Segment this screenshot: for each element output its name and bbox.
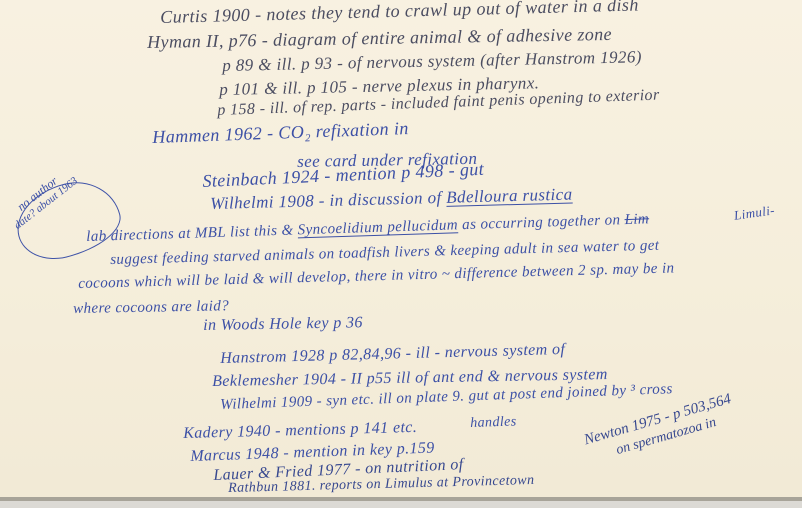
line-hanstrom-1928: Hanstrom 1928 p 82,84,96 - ill - nervous… — [220, 341, 566, 368]
struck-word: Lim — [624, 211, 649, 228]
card-bottom-edge — [0, 497, 802, 501]
line-kadery-1940: Kadery 1940 - mentions p 141 etc. — [183, 419, 417, 443]
line-woods-hole-key: in Woods Hole key p 36 — [203, 314, 363, 335]
scan-background: Curtis 1900 - notes they tend to crawl u… — [0, 0, 802, 508]
line-p89-nervous-system: p 89 & ill. p 93 - of nervous system (af… — [222, 47, 642, 76]
newton-note: Newton 1975 - p 503,564 on spermatozoa i… — [582, 390, 738, 467]
index-card: Curtis 1900 - notes they tend to crawl u… — [0, 0, 802, 497]
species-bdelloura-rustica: Bdelloura rustica — [446, 185, 573, 207]
insert-handles: handles — [470, 414, 517, 432]
line-where-cocoons: where cocoons are laid? — [73, 298, 229, 318]
line-hammen-1962: Hammen 1962 - CO₂ refixation in — [152, 118, 409, 148]
insert-limuli: Limuli- — [733, 202, 776, 224]
line-lab-directions-text2: as occurring together on — [458, 212, 625, 233]
species-syncoelidium-pellucidum: Syncoelidium pellucidum — [297, 217, 458, 238]
line-wilhelmi-1908-text: Wilhelmi 1908 - in discussion of — [210, 188, 447, 213]
